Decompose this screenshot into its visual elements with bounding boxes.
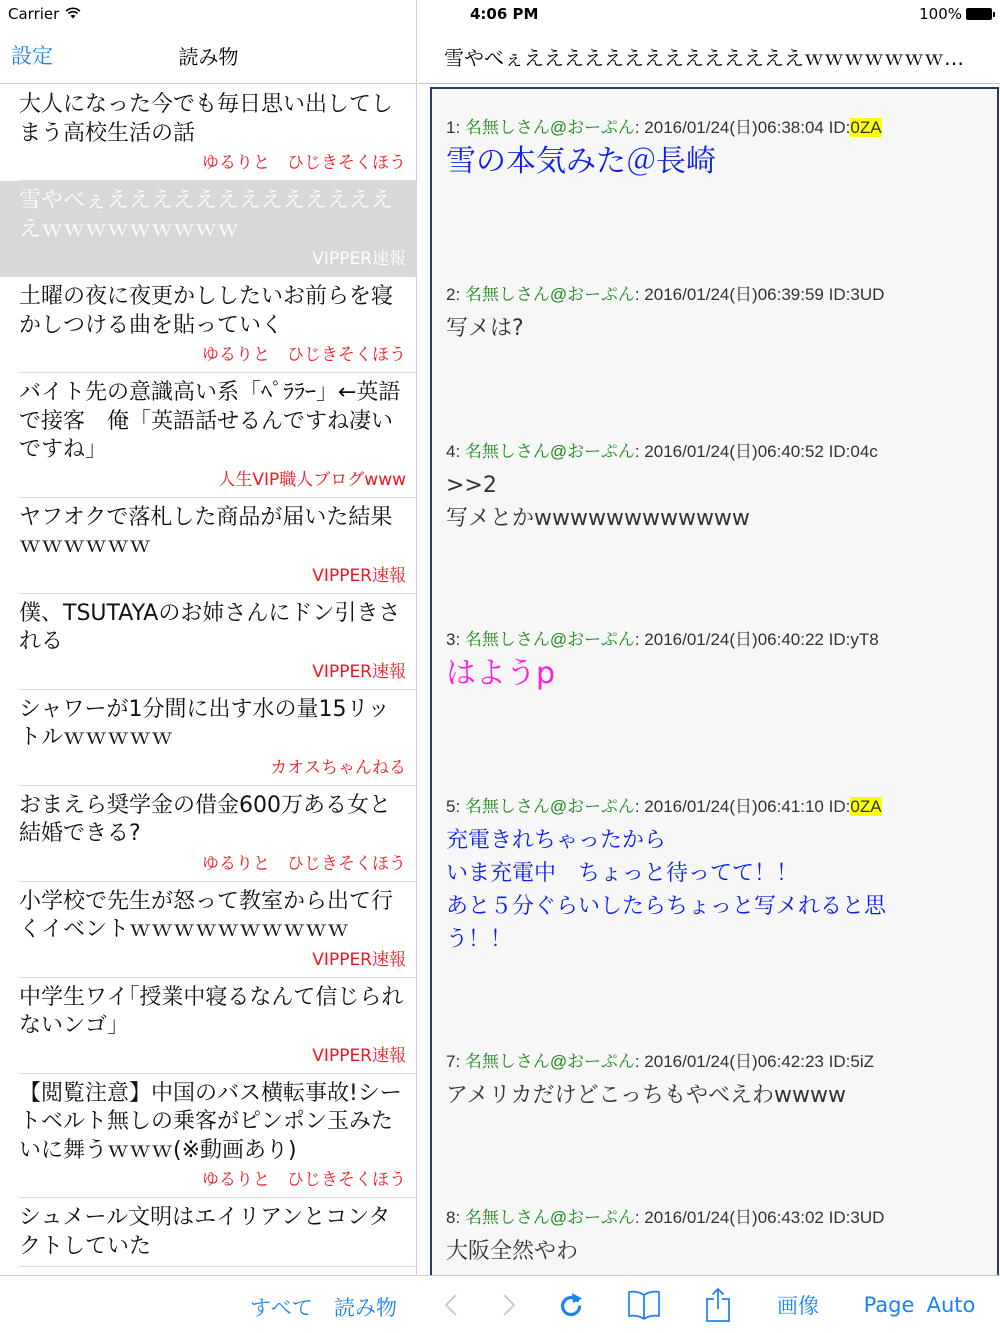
post-id-prefix: ID:	[829, 285, 851, 304]
forward-button[interactable]	[494, 1276, 524, 1333]
post-body: はようp	[446, 655, 992, 693]
post-body-line: はようp	[446, 655, 992, 693]
article-source: ゆるりと ひじきそくほう	[19, 343, 406, 367]
post-body-line: 写メとかwwwwwwwwwwww	[446, 502, 992, 535]
thread-post: 5: 名無しさん@おーぷん: 2016/01/24(日)06:41:10 ID:…	[432, 796, 992, 956]
poster-id[interactable]: yT8	[850, 630, 878, 649]
article-row[interactable]: シャワーが1分間に出す水の量15リットルｗｗｗｗｗカオスちゃんねる	[0, 690, 417, 786]
post-body: アメリカだけどこっちもやべえわwwww	[446, 1079, 992, 1112]
article-row[interactable]: ヤフオクで落札した商品が届いた結果ｗｗｗｗｗｗVIPPER速報	[0, 498, 417, 594]
auto-button[interactable]: Auto	[926, 1276, 976, 1333]
poster-id[interactable]: 0ZA	[850, 797, 881, 816]
post-body: 写メは?	[446, 312, 992, 345]
poster-id[interactable]: 04c	[850, 442, 877, 461]
article-source: ゆるりと ひじきそくほう	[19, 1168, 406, 1192]
poster-id[interactable]: 3UD	[850, 285, 884, 304]
post-header: 7: 名無しさん@おーぷん: 2016/01/24(日)06:42:23 ID:…	[446, 1051, 992, 1073]
thread-content[interactable]: 1: 名無しさん@おーぷん: 2016/01/24(日)06:38:04 ID:…	[430, 87, 999, 1275]
article-row[interactable]: バイト先の意識高い系「ﾍﾟﾗﾗｰ」←英語で接客 俺「英語話せるんですね凄いですね…	[0, 373, 417, 498]
article-source: 人生VIP職人ブログwww	[19, 468, 406, 492]
article-title: おまえら奨学金の借金600万ある女と結婚できる?	[19, 792, 406, 849]
article-row[interactable]: 中学生ワイ｢授業中寝るなんて信じられないンゴ｣VIPPER速報	[0, 978, 417, 1074]
article-source: カオスちゃんねる	[19, 756, 406, 780]
post-header: 5: 名無しさん@おーぷん: 2016/01/24(日)06:41:10 ID:…	[446, 796, 992, 818]
article-title: バイト先の意識高い系「ﾍﾟﾗﾗｰ」←英語で接客 俺「英語話せるんですね凄いですね…	[19, 379, 406, 465]
post-number[interactable]: 8	[446, 1208, 455, 1227]
post-header: 3: 名無しさん@おーぷん: 2016/01/24(日)06:40:22 ID:…	[446, 629, 992, 651]
article-title: 【閲覧注意】中国のバス横転事故!シートベルト無しの乗客がピンポン玉みたいに舞うｗ…	[19, 1080, 406, 1166]
post-body-line: アメリカだけどこっちもやべえわwwww	[446, 1079, 992, 1112]
post-body-line: 雪の本気みた＠長崎	[446, 143, 992, 181]
bookmarks-button[interactable]	[624, 1276, 664, 1333]
chevron-left-icon	[444, 1293, 458, 1317]
article-row[interactable]: 雪やべぇええええええええええええええｗｗｗｗｗｗｗｗｗVIPPER速報	[0, 181, 417, 277]
thread-post: 3: 名無しさん@おーぷん: 2016/01/24(日)06:40:22 ID:…	[432, 629, 992, 693]
post-header: 1: 名無しさん@おーぷん: 2016/01/24(日)06:38:04 ID:…	[446, 117, 992, 139]
right-navigation-bar: 雪やべぇええええええええええええええｗｗｗｗｗｗｗｗｗ	[418, 28, 1000, 84]
post-body-line: 充電きれちゃったから	[446, 824, 992, 857]
article-row[interactable]: 小学校で先生が怒って教室から出て行くイベントｗｗｗｗｗｗｗｗｗｗVIPPER速報	[0, 882, 417, 978]
book-icon	[627, 1289, 661, 1321]
article-list-pane: 設定 読み物 大人になった今でも毎日思い出してしまう高校生活の話ゆるりと ひじき…	[0, 0, 417, 1333]
article-source: VIPPER速報	[19, 660, 406, 684]
post-header: 2: 名無しさん@おーぷん: 2016/01/24(日)06:39:59 ID:…	[446, 284, 992, 306]
post-date: 2016/01/24(日)06:41:10	[644, 797, 824, 816]
poster-id[interactable]: 0ZA	[850, 118, 881, 137]
post-body-line: あと５分ぐらいしたらちょっと写メれると思	[446, 890, 992, 923]
poster-name: 名無しさん@おーぷん	[465, 797, 635, 816]
post-id-prefix: ID:	[829, 442, 851, 461]
article-title: 大人になった今でも毎日思い出してしまう高校生活の話	[19, 91, 406, 148]
article-title: 中学生ワイ｢授業中寝るなんて信じられないンゴ｣	[19, 984, 406, 1041]
right-toolbar: 画像 Page Auto	[418, 1275, 1000, 1333]
thread-post: 2: 名無しさん@おーぷん: 2016/01/24(日)06:39:59 ID:…	[432, 284, 992, 345]
article-row[interactable]: 大人になった今でも毎日思い出してしまう高校生活の話ゆるりと ひじきそくほう	[0, 85, 417, 181]
article-title: 小学校で先生が怒って教室から出て行くイベントｗｗｗｗｗｗｗｗｗｗ	[19, 888, 406, 945]
thread-post: 4: 名無しさん@おーぷん: 2016/01/24(日)06:40:52 ID:…	[432, 441, 992, 535]
filter-reading-button[interactable]: 読み物	[334, 1292, 397, 1322]
article-source: VIPPER速報	[19, 247, 406, 271]
back-button[interactable]	[436, 1276, 466, 1333]
thread-post: 1: 名無しさん@おーぷん: 2016/01/24(日)06:38:04 ID:…	[432, 117, 992, 181]
left-toolbar: すべて 読み物	[0, 1275, 417, 1333]
poster-name: 名無しさん@おーぷん	[465, 630, 635, 649]
thread-pane: 雪やべぇええええええええええええええｗｗｗｗｗｗｗｗｗ 1: 名無しさん@おーぷ…	[418, 0, 1000, 1333]
poster-name: 名無しさん@おーぷん	[465, 1052, 635, 1071]
post-date: 2016/01/24(日)06:38:04	[644, 118, 824, 137]
post-id-prefix: ID:	[829, 1208, 851, 1227]
post-number[interactable]: 5	[446, 797, 455, 816]
thread-post: 7: 名無しさん@おーぷん: 2016/01/24(日)06:42:23 ID:…	[432, 1051, 992, 1112]
article-list[interactable]: 大人になった今でも毎日思い出してしまう高校生活の話ゆるりと ひじきそくほう雪やべ…	[0, 85, 417, 1275]
post-date: 2016/01/24(日)06:40:22	[644, 630, 824, 649]
article-title: シュメール文明はエイリアンとコンタクトしていた	[19, 1204, 406, 1261]
article-title: 土曜の夜に夜更かししたいお前らを寝かしつける曲を貼っていく	[19, 283, 406, 340]
poster-id[interactable]: 3UD	[850, 1208, 884, 1227]
list-title: 読み物	[0, 41, 417, 70]
post-number[interactable]: 2	[446, 285, 455, 304]
article-row[interactable]: おまえら奨学金の借金600万ある女と結婚できる?ゆるりと ひじきそくほう	[0, 786, 417, 882]
post-body: 雪の本気みた＠長崎	[446, 143, 992, 181]
article-row[interactable]: シュメール文明はエイリアンとコンタクトしていた	[0, 1198, 417, 1267]
post-date: 2016/01/24(日)06:39:59	[644, 285, 824, 304]
post-body-line: う！！	[446, 923, 992, 956]
reload-icon	[558, 1291, 584, 1319]
post-header: 4: 名無しさん@おーぷん: 2016/01/24(日)06:40:52 ID:…	[446, 441, 992, 463]
left-navigation-bar: 設定 読み物	[0, 28, 417, 84]
filter-all-button[interactable]: すべて	[250, 1292, 313, 1322]
article-source: VIPPER速報	[19, 948, 406, 972]
post-header: 8: 名無しさん@おーぷん: 2016/01/24(日)06:43:02 ID:…	[446, 1207, 992, 1229]
article-row[interactable]: 土曜の夜に夜更かししたいお前らを寝かしつける曲を貼っていくゆるりと ひじきそくほ…	[0, 277, 417, 373]
post-body-line: いま充電中 ちょっと待ってて！！	[446, 857, 992, 890]
poster-name: 名無しさん@おーぷん	[465, 442, 635, 461]
share-icon	[705, 1287, 731, 1323]
post-number[interactable]: 1	[446, 118, 455, 137]
post-body: 大阪全然やわ	[446, 1235, 992, 1268]
thread-post: 8: 名無しさん@おーぷん: 2016/01/24(日)06:43:02 ID:…	[432, 1207, 992, 1268]
thread-title: 雪やべぇええええええええええええええｗｗｗｗｗｗｗｗｗ	[444, 42, 979, 71]
poster-name: 名無しさん@おーぷん	[465, 1208, 635, 1227]
article-title: 雪やべぇええええええええええええええｗｗｗｗｗｗｗｗｗ	[19, 187, 406, 244]
post-date: 2016/01/24(日)06:40:52	[644, 442, 824, 461]
post-id-prefix: ID:	[829, 630, 851, 649]
share-button[interactable]	[700, 1276, 736, 1333]
post-date: 2016/01/24(日)06:43:02	[644, 1208, 824, 1227]
post-body: 充電きれちゃったからいま充電中 ちょっと待ってて！！あと５分ぐらいしたらちょっと…	[446, 824, 992, 956]
post-body-line: 写メは?	[446, 312, 992, 345]
poster-id[interactable]: 5iZ	[850, 1052, 874, 1071]
post-id-prefix: ID:	[829, 118, 851, 137]
images-button[interactable]: 画像	[773, 1276, 823, 1333]
article-row[interactable]: 【閲覧注意】中国のバス横転事故!シートベルト無しの乗客がピンポン玉みたいに舞うｗ…	[0, 1074, 417, 1199]
post-number[interactable]: 7	[446, 1052, 455, 1071]
article-title: シャワーが1分間に出す水の量15リットルｗｗｗｗｗ	[19, 696, 406, 753]
article-title: 僕、TSUTAYAのお姉さんにドン引きされる	[19, 600, 406, 657]
article-source: ゆるりと ひじきそくほう	[19, 151, 406, 175]
article-source: VIPPER速報	[19, 1044, 406, 1068]
post-body-line: >>2	[446, 469, 992, 502]
poster-name: 名無しさん@おーぷん	[465, 285, 635, 304]
article-source: ゆるりと ひじきそくほう	[19, 852, 406, 876]
article-row[interactable]: 僕、TSUTAYAのお姉さんにドン引きされるVIPPER速報	[0, 594, 417, 690]
article-title: ヤフオクで落札した商品が届いた結果ｗｗｗｗｗｗ	[19, 504, 406, 561]
chevron-right-icon	[502, 1293, 516, 1317]
post-body-line: 大阪全然やわ	[446, 1235, 992, 1268]
post-body: >>2写メとかwwwwwwwwwwww	[446, 469, 992, 535]
post-id-prefix: ID:	[829, 1052, 851, 1071]
post-date: 2016/01/24(日)06:42:23	[644, 1052, 824, 1071]
post-number[interactable]: 3	[446, 630, 455, 649]
post-id-prefix: ID:	[829, 797, 851, 816]
reload-button[interactable]	[553, 1276, 589, 1333]
article-source: VIPPER速報	[19, 564, 406, 588]
poster-name: 名無しさん@おーぷん	[465, 118, 635, 137]
post-number[interactable]: 4	[446, 442, 455, 461]
page-button[interactable]: Page	[863, 1276, 915, 1333]
